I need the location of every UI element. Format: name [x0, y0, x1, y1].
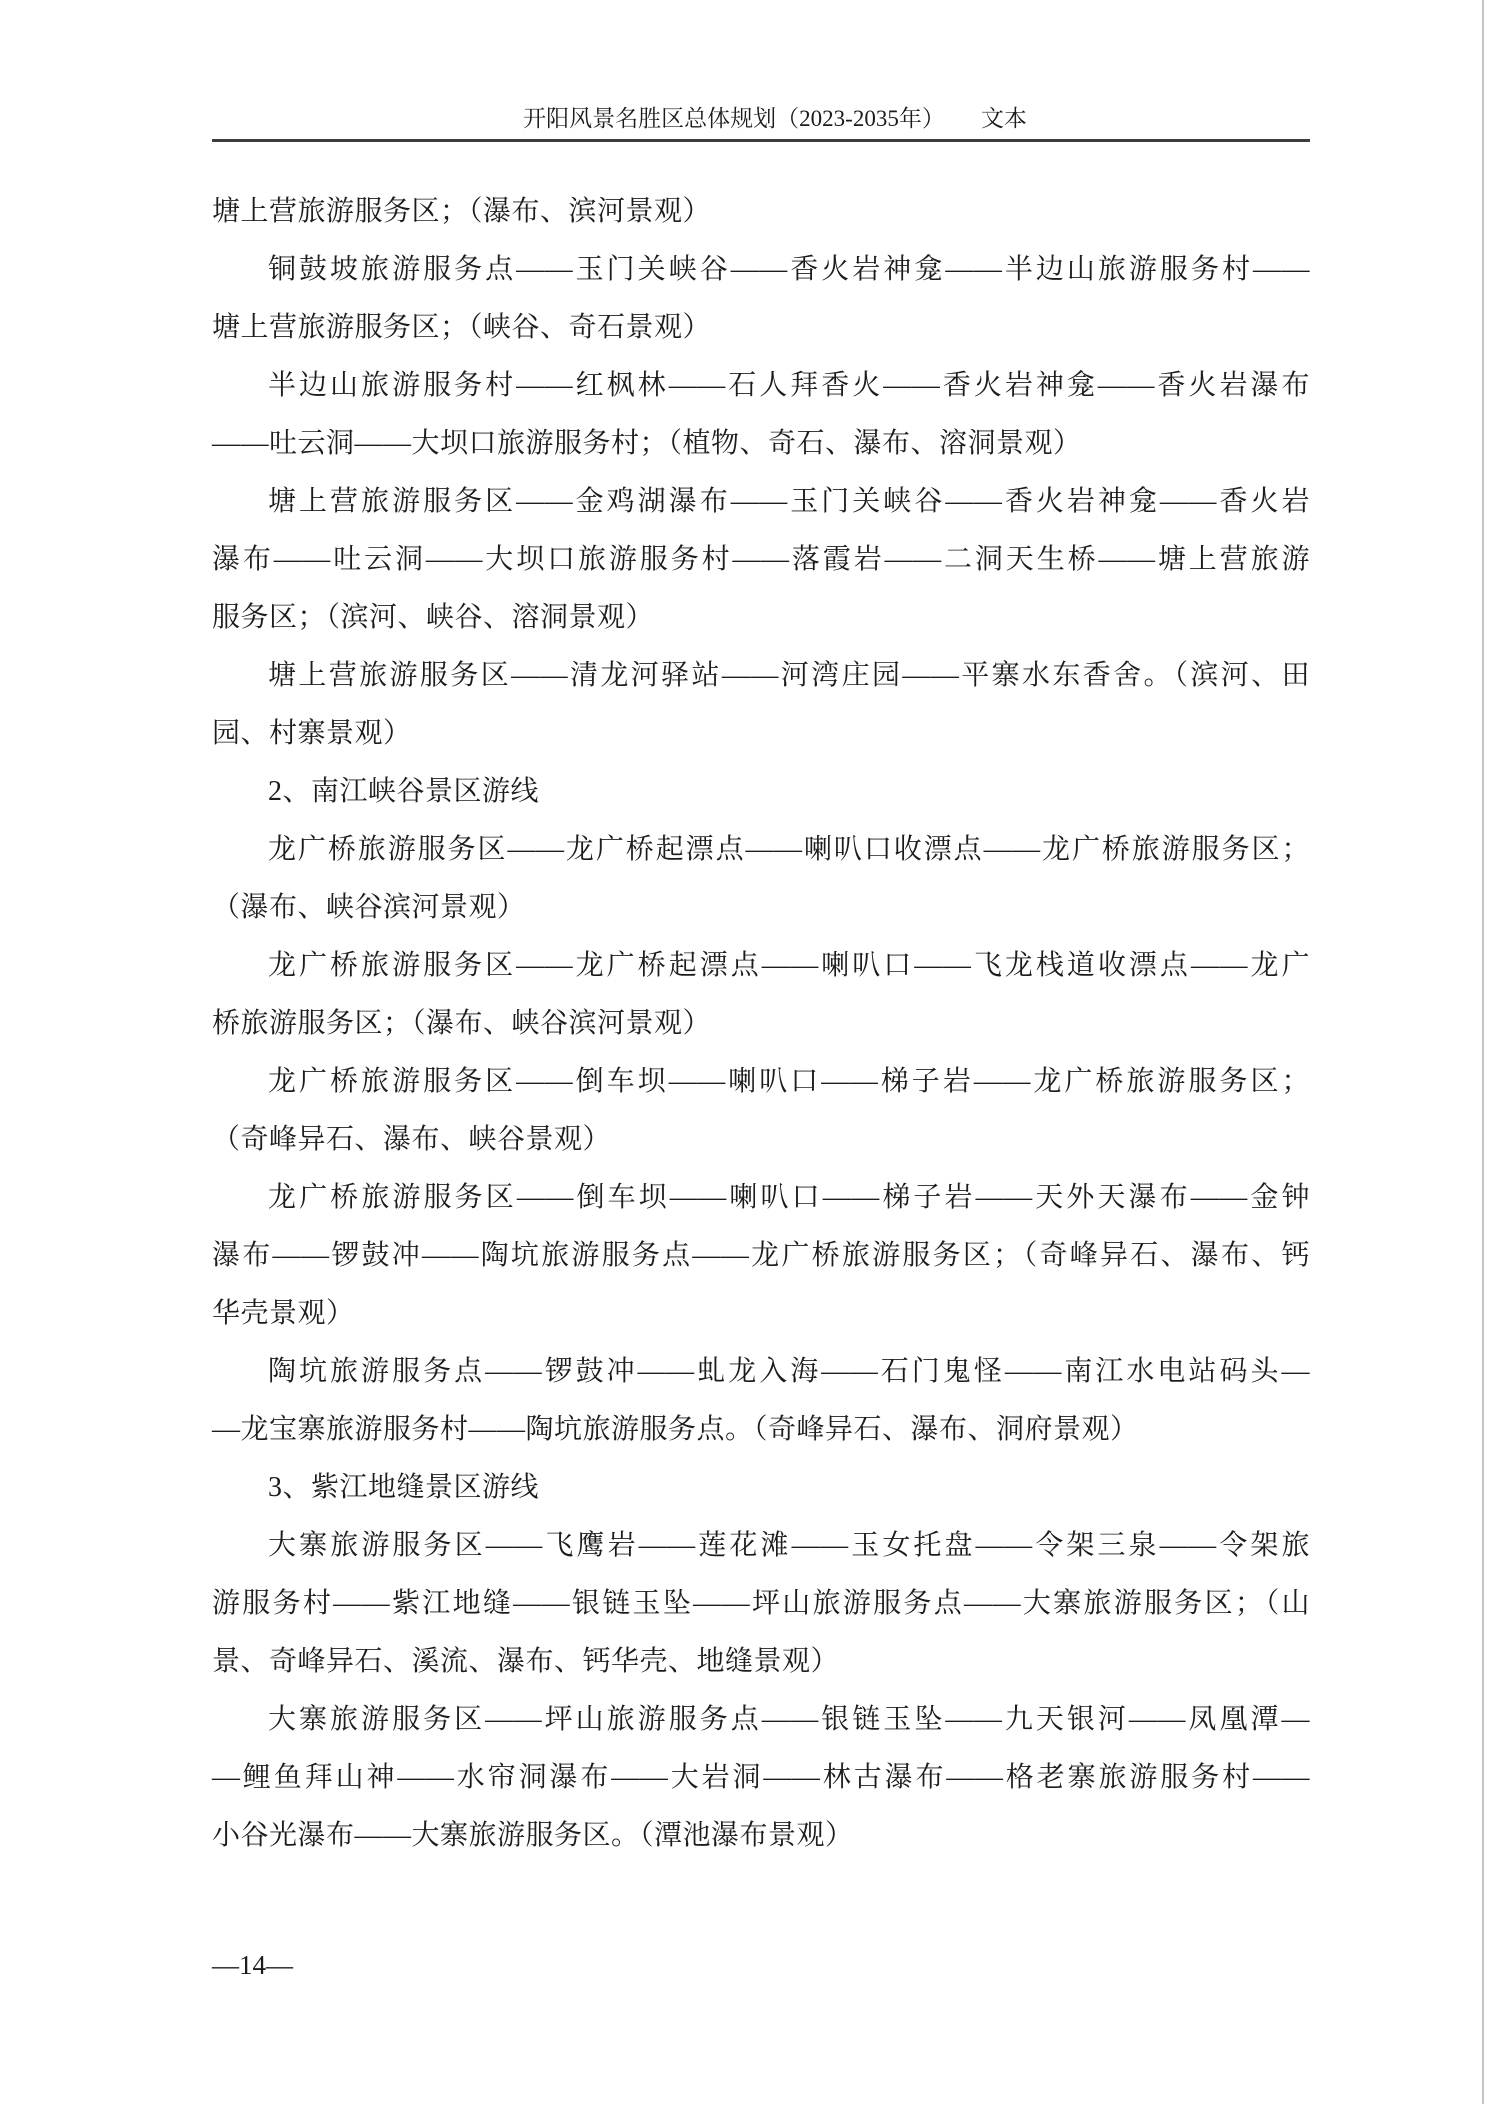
text-line: 3、紫江地缝景区游线: [212, 1459, 1310, 1517]
text-line: —鲤鱼拜山神——水帘洞瀑布——大岩洞——林古瀑布——格老寨旅游服务村——: [212, 1749, 1310, 1807]
text-line: 铜鼓坡旅游服务点——玉门关峡谷——香火岩神龛——半边山旅游服务村——: [212, 241, 1310, 299]
text-line: （瀑布、峡谷滨河景观）: [212, 879, 1310, 937]
header-title: 开阳风景名胜区总体规划（2023-2035年）: [523, 106, 945, 131]
text-line: 景、奇峰异石、溪流、瀑布、钙华壳、地缝景观）: [212, 1633, 1310, 1691]
text-line: 龙广桥旅游服务区——倒车坝——喇叭口——梯子岩——龙广桥旅游服务区；: [212, 1053, 1310, 1111]
text-line: 塘上营旅游服务区；（峡谷、奇石景观）: [212, 299, 1310, 357]
page-number: —14—: [212, 1948, 293, 1982]
text-line: 塘上营旅游服务区——清龙河驿站——河湾庄园——平寨水东香舍。（滨河、田: [212, 647, 1310, 705]
text-line: 大寨旅游服务区——坪山旅游服务点——银链玉坠——九天银河——凤凰潭—: [212, 1691, 1310, 1749]
header-doc-type: 文本: [981, 106, 1027, 131]
text-line: 小谷光瀑布——大寨旅游服务区。（潭池瀑布景观）: [212, 1807, 1310, 1865]
text-line: 桥旅游服务区；（瀑布、峡谷滨河景观）: [212, 995, 1310, 1053]
page-header: 开阳风景名胜区总体规划（2023-2035年）文本: [226, 102, 1324, 136]
text-line: 陶坑旅游服务点——锣鼓冲——虬龙入海——石门鬼怪——南江水电站码头—: [212, 1343, 1310, 1401]
header-rule: [212, 139, 1310, 142]
text-line: 瀑布——吐云洞——大坝口旅游服务村——落霞岩——二洞天生桥——塘上营旅游: [212, 531, 1310, 589]
text-line: 园、村寨景观）: [212, 705, 1310, 763]
text-line: 半边山旅游服务村——红枫林——石人拜香火——香火岩神龛——香火岩瀑布: [212, 357, 1310, 415]
text-line: 瀑布——锣鼓冲——陶坑旅游服务点——龙广桥旅游服务区；（奇峰异石、瀑布、钙: [212, 1227, 1310, 1285]
text-line: —龙宝寨旅游服务村——陶坑旅游服务点。（奇峰异石、瀑布、洞府景观）: [212, 1401, 1310, 1459]
text-line: 游服务村——紫江地缝——银链玉坠——坪山旅游服务点——大寨旅游服务区；（山: [212, 1575, 1310, 1633]
text-line: 服务区；（滨河、峡谷、溶洞景观）: [212, 589, 1310, 647]
text-line: ——吐云洞——大坝口旅游服务村；（植物、奇石、瀑布、溶洞景观）: [212, 415, 1310, 473]
body-text: 塘上营旅游服务区；（瀑布、滨河景观）铜鼓坡旅游服务点——玉门关峡谷——香火岩神龛…: [212, 183, 1310, 1865]
document-page: 开阳风景名胜区总体规划（2023-2035年）文本 塘上营旅游服务区；（瀑布、滨…: [0, 0, 1488, 2104]
text-line: 龙广桥旅游服务区——龙广桥起漂点——喇叭口——飞龙栈道收漂点——龙广: [212, 937, 1310, 995]
text-line: 龙广桥旅游服务区——倒车坝——喇叭口——梯子岩——天外天瀑布——金钟: [212, 1169, 1310, 1227]
text-line: 龙广桥旅游服务区——龙广桥起漂点——喇叭口收漂点——龙广桥旅游服务区；: [212, 821, 1310, 879]
text-line: 大寨旅游服务区——飞鹰岩——莲花滩——玉女托盘——令架三泉——令架旅: [212, 1517, 1310, 1575]
text-line: （奇峰异石、瀑布、峡谷景观）: [212, 1111, 1310, 1169]
text-line: 华壳景观）: [212, 1285, 1310, 1343]
page-edge-line: [1482, 0, 1484, 2104]
text-line: 塘上营旅游服务区；（瀑布、滨河景观）: [212, 183, 1310, 241]
text-line: 塘上营旅游服务区——金鸡湖瀑布——玉门关峡谷——香火岩神龛——香火岩: [212, 473, 1310, 531]
text-line: 2、南江峡谷景区游线: [212, 763, 1310, 821]
